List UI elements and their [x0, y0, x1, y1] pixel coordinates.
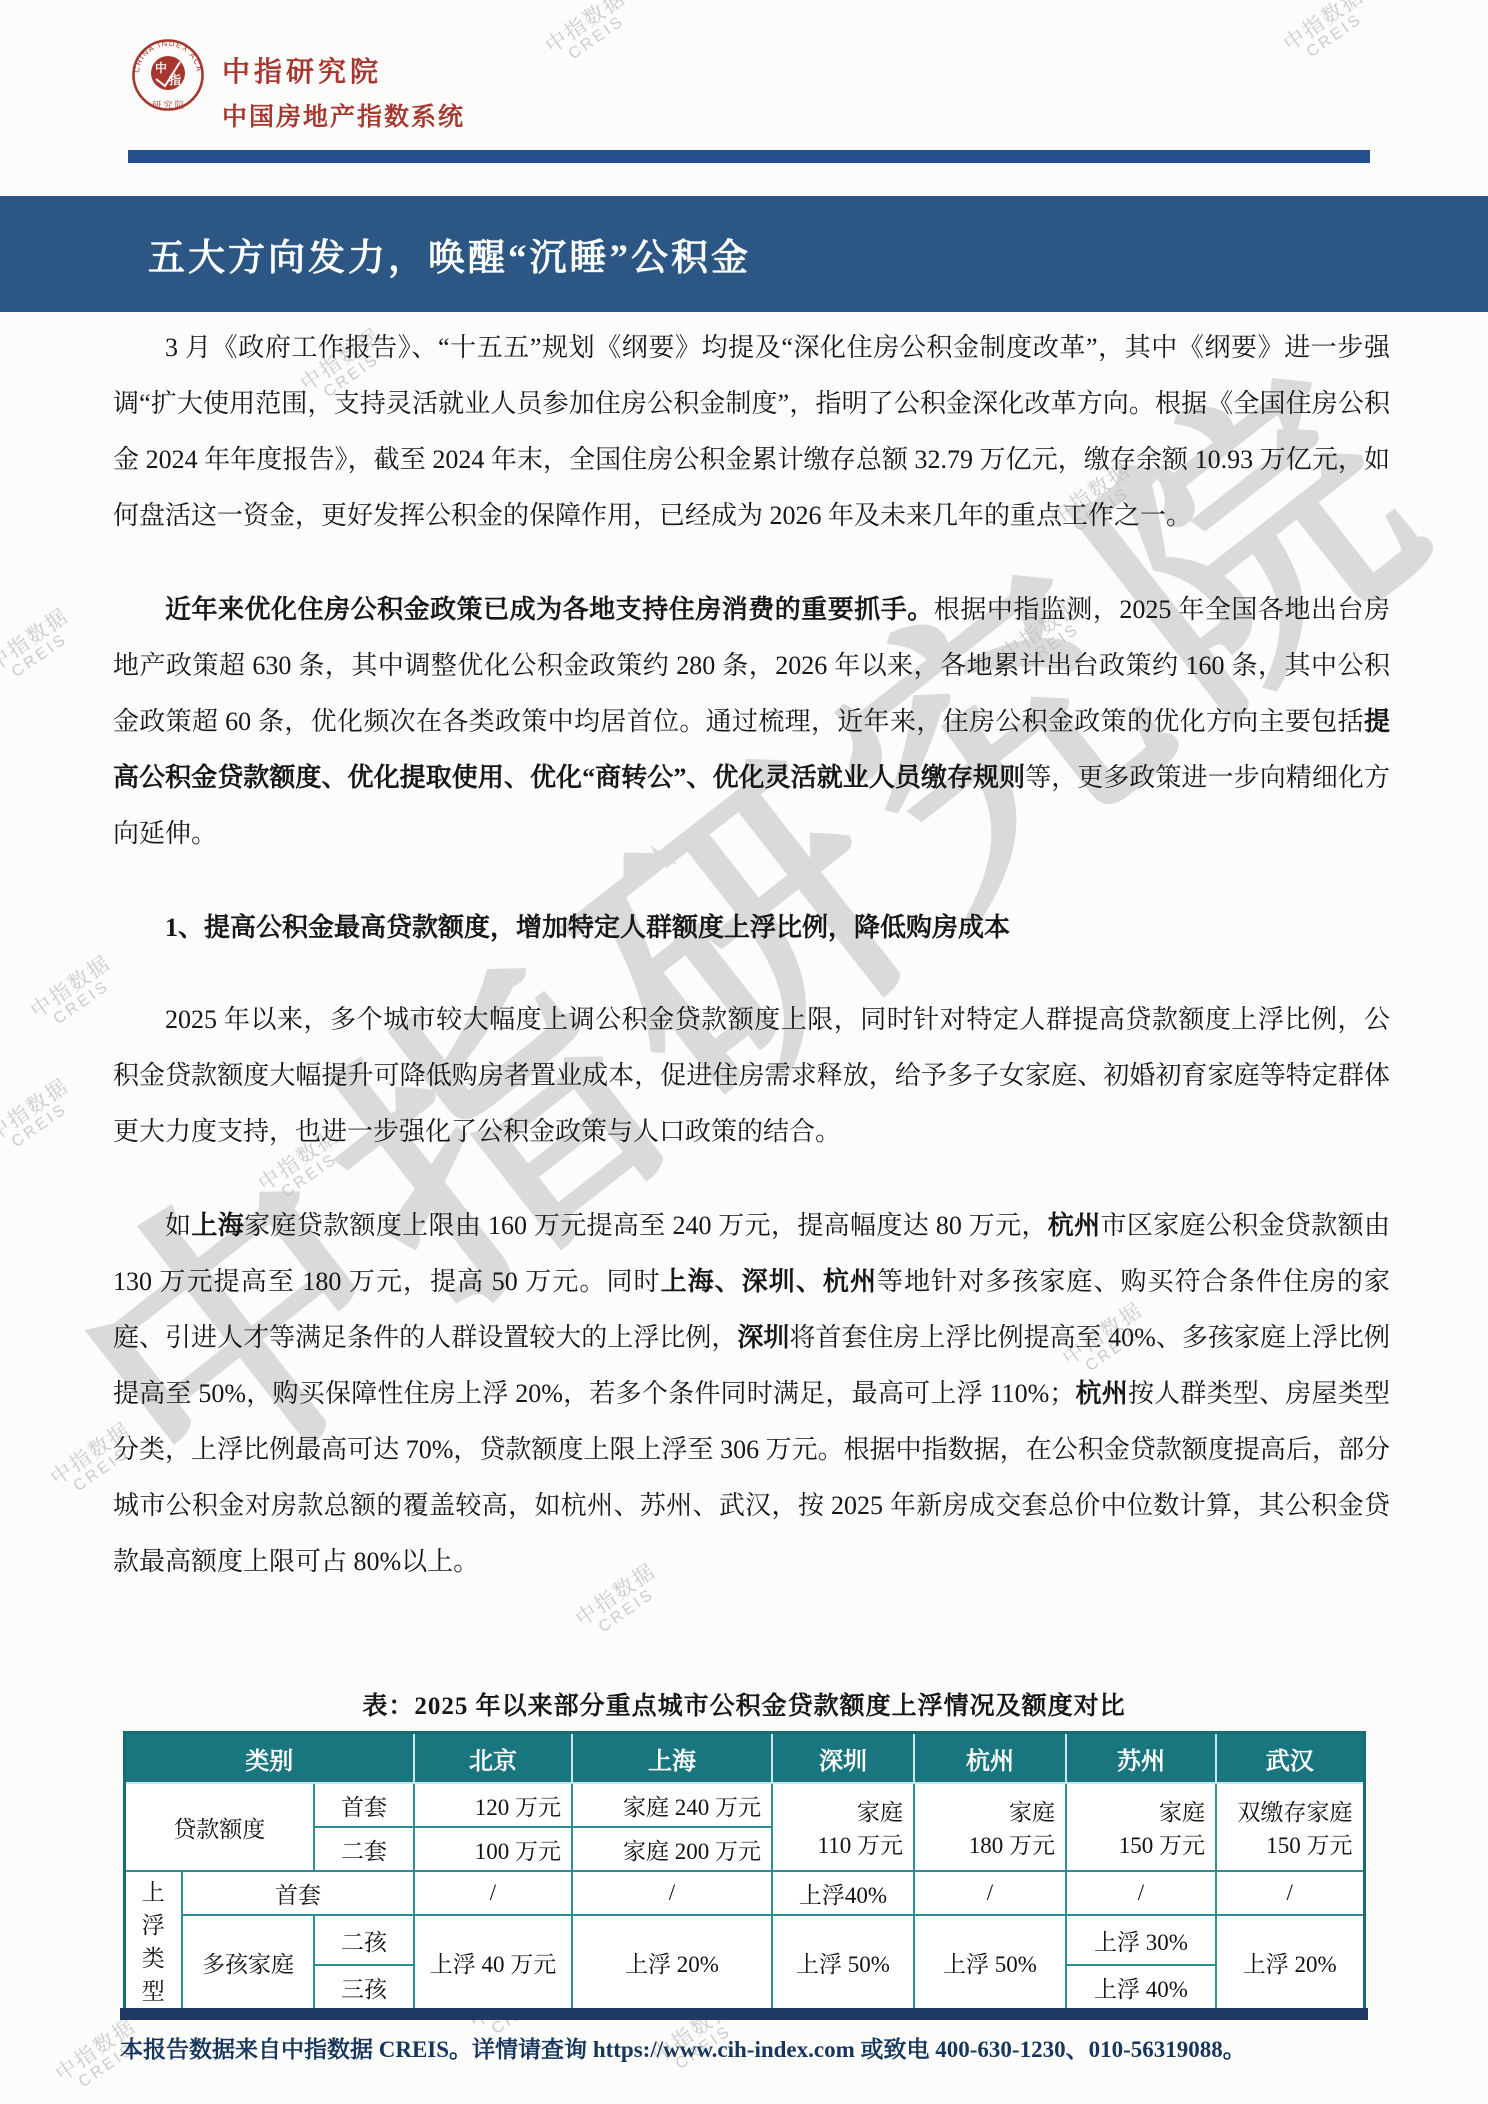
table-cell: 首套 [182, 1871, 414, 1915]
table-cell: / [914, 1871, 1066, 1915]
watermark-creis: 中指数据CREIS [0, 1075, 83, 1160]
body-text: 3 月《政府工作报告》、“十五五”规划《纲要》均提及“深化住房公积金制度改革”，… [113, 333, 1390, 530]
report-header: CHINA INDEX ACADEMY 中 指 研 究 院 中指研究院 中国房地… [130, 34, 465, 133]
table-cell: 上浮 40% [1066, 1965, 1216, 2011]
table-cell: 上浮 40 万元 [414, 1915, 572, 2011]
emphasis-text: 深圳 [737, 1323, 789, 1352]
brand-block: 中指研究院 中国房地产指数系统 [222, 34, 465, 133]
table-header-cell: 北京 [414, 1733, 572, 1784]
footer-rule [120, 2008, 1368, 2020]
table-cell: / [1066, 1871, 1216, 1915]
footer-link[interactable]: https://www.cih-index.com [593, 2037, 855, 2062]
paragraph: 3 月《政府工作报告》、“十五五”规划《纲要》均提及“深化住房公积金制度改革”，… [113, 320, 1390, 544]
policy-table: 类别北京上海深圳杭州苏州武汉贷款额度首套120 万元家庭 240 万元家庭110… [123, 1731, 1366, 2013]
watermark-text: CREIS [0, 623, 83, 690]
table-cell: 100 万元 [414, 1827, 572, 1871]
table-cell: / [572, 1871, 772, 1915]
body-text: 家庭贷款额度上限由 160 万元提高至 240 万元，提高幅度达 80 万元， [244, 1211, 1048, 1240]
watermark-text: 中指数据 [0, 1075, 73, 1146]
table-cell: 三孩 [314, 1965, 414, 2011]
watermark-text: 中指数据 [27, 952, 115, 1023]
table-header-cell: 武汉 [1216, 1733, 1364, 1784]
watermark-text: CREIS [555, 5, 640, 72]
emphasis-text: 杭州 [1075, 1379, 1128, 1408]
table-header-cell: 杭州 [914, 1733, 1066, 1784]
table-cell: 上浮 50% [772, 1915, 914, 2011]
footer-note: 本报告数据来自中指数据 CREIS。详情请查询 https://www.cih-… [120, 2031, 1420, 2064]
paragraph: 2025 年以来，多个城市较大幅度上调公积金贷款额度上限，同时针对特定人群提高贷… [113, 992, 1390, 1160]
emphasis-text: 上海 [191, 1211, 244, 1240]
table-cell: / [414, 1871, 572, 1915]
page-title: 五大方向发力，唤醒“沉睡”公积金 [148, 227, 751, 281]
footer-text-prefix: 本报告数据来自中指数据 CREIS。详情请查询 [120, 2037, 593, 2062]
table-cell: 家庭180 万元 [914, 1783, 1066, 1871]
table-cell: 贷款额度 [124, 1783, 314, 1871]
watermark-text: 中指数据 [542, 0, 630, 58]
table-header-cell: 类别 [124, 1733, 414, 1784]
emphasis-text: 1、提高公积金最高贷款额度，增加特定人群额度上浮比例，降低购房成本 [165, 913, 1010, 942]
table-cell: / [1216, 1871, 1364, 1915]
report-page: 中指研究院 中指数据CREIS中指数据CREIS中指数据CREIS中指数据CRE… [0, 0, 1488, 2104]
brand-line-1: 中指研究院 [222, 50, 465, 90]
emphasis-text: 杭州 [1048, 1211, 1101, 1240]
table-cell: 上浮 50% [914, 1915, 1066, 2011]
title-banner: 五大方向发力，唤醒“沉睡”公积金 [0, 196, 1488, 312]
table-cell: 上浮类型 [124, 1871, 182, 2011]
watermark-text: 中指数据 [1280, 0, 1368, 56]
body-text: 按人群类型、房屋类型分类，上浮比例最高可达 70%，贷款额度上限上浮至 306 … [113, 1379, 1390, 1576]
table-cell: 二套 [314, 1827, 414, 1871]
company-logo-icon: CHINA INDEX ACADEMY 中 指 研 究 院 [130, 34, 206, 116]
table-header-cell: 深圳 [772, 1733, 914, 1784]
table-row: 类别北京上海深圳杭州苏州武汉 [124, 1733, 1364, 1784]
paragraph: 近年来优化住房公积金政策已成为各地支持住房消费的重要抓手。根据中指监测，2025… [113, 582, 1390, 862]
emphasis-text: 近年来优化住房公积金政策已成为各地支持住房消费的重要抓手。 [165, 595, 934, 624]
table-cell: 多孩家庭 [182, 1915, 314, 2011]
table-cell: 上浮 30% [1066, 1915, 1216, 1965]
table-header-cell: 苏州 [1066, 1733, 1216, 1784]
table-cell: 二孩 [314, 1915, 414, 1965]
table-row: 多孩家庭二孩上浮 40 万元上浮 20%上浮 50%上浮 50%上浮 30%上浮… [124, 1915, 1364, 1965]
table-cell: 上浮40% [772, 1871, 914, 1915]
watermark-creis: 中指数据CREIS [0, 605, 83, 690]
watermark-text: CREIS [0, 1093, 83, 1160]
table-cell: 首套 [314, 1783, 414, 1827]
watermark-creis: 中指数据CREIS [1280, 0, 1378, 70]
table-cell: 120 万元 [414, 1783, 572, 1827]
body-text: 2025 年以来，多个城市较大幅度上调公积金贷款额度上限，同时针对特定人群提高贷… [113, 1005, 1390, 1146]
paragraph: 如上海家庭贷款额度上限由 160 万元提高至 240 万元，提高幅度达 80 万… [113, 1198, 1390, 1590]
emphasis-text: 上海、深圳、杭州 [661, 1267, 877, 1296]
watermark-creis: 中指数据CREIS [27, 952, 125, 1037]
table-row: 上浮类型首套//上浮40%/// [124, 1871, 1364, 1915]
section-heading: 1、提高公积金最高贷款额度，增加特定人群额度上浮比例，降低购房成本 [113, 900, 1390, 956]
article-body: 3 月《政府工作报告》、“十五五”规划《纲要》均提及“深化住房公积金制度改革”，… [113, 320, 1390, 1628]
table-row: 贷款额度首套120 万元家庭 240 万元家庭110 万元家庭180 万元家庭1… [124, 1783, 1364, 1827]
logo-ring-bottom-text: 研 究 院 [152, 99, 184, 110]
table-cell: 家庭110 万元 [772, 1783, 914, 1871]
watermark-text: 中指数据 [0, 605, 73, 676]
table-cell: 双缴存家庭150 万元 [1216, 1783, 1364, 1871]
table-cell: 上浮 20% [572, 1915, 772, 2011]
brand-line-2: 中国房地产指数系统 [222, 97, 465, 133]
table-header-cell: 上海 [572, 1733, 772, 1784]
table-cell: 上浮 20% [1216, 1915, 1364, 2011]
body-text: 如 [165, 1211, 191, 1240]
table-cell: 家庭 200 万元 [572, 1827, 772, 1871]
logo-center-char-2: 指 [168, 72, 181, 87]
table-caption: 表：2025 年以来部分重点城市公积金贷款额度上浮情况及额度对比 [0, 1686, 1488, 1722]
watermark-text: CREIS [1293, 3, 1378, 70]
watermark-creis: 中指数据CREIS [542, 0, 640, 72]
table-section: 表：2025 年以来部分重点城市公积金贷款额度上浮情况及额度对比 类别北京上海深… [0, 1686, 1488, 2013]
footer-text-suffix: 或致电 400-630-1230、010-56319088。 [855, 2037, 1246, 2062]
logo-center-char-1: 中 [155, 60, 167, 75]
header-rule [128, 150, 1370, 163]
table-cell: 家庭 240 万元 [572, 1783, 772, 1827]
table-cell: 家庭150 万元 [1066, 1783, 1216, 1871]
